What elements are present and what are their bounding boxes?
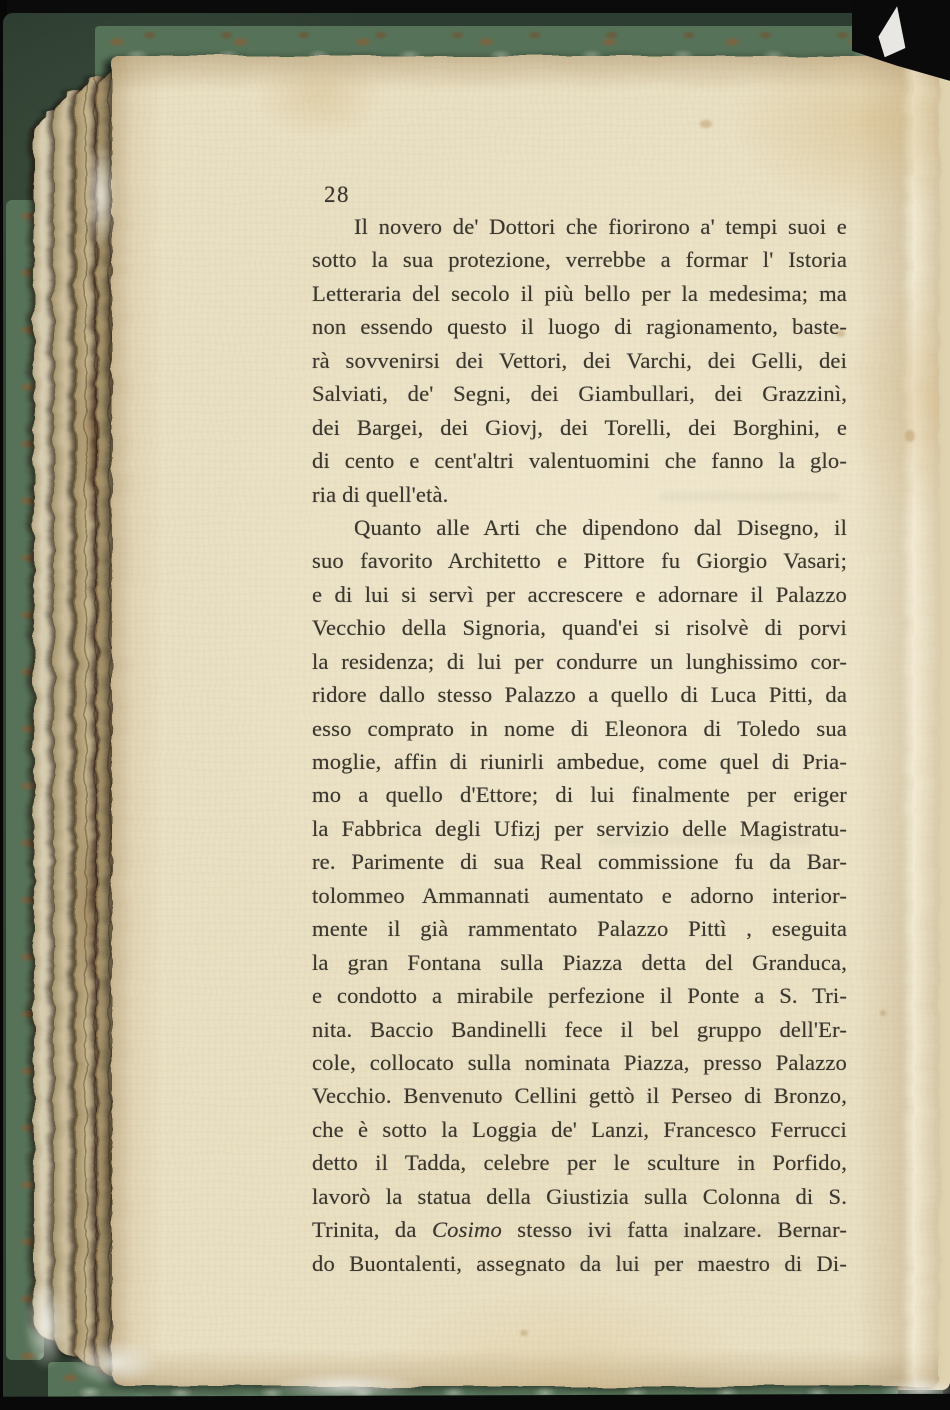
text-line: suo favorito Architetto e Pittore fu Gio… — [312, 544, 847, 577]
text-line: moglie, affin di riunirli ambedue, come … — [312, 745, 847, 778]
text-line: lavorò la statua della Giustizia sulla C… — [312, 1180, 847, 1213]
text-line: re. Parimente di sua Real commissione fu… — [312, 845, 847, 878]
text-line: di cento e cent'altri valentuomini che f… — [312, 444, 847, 477]
text-line: la residenza; di lui per condurre un lun… — [312, 645, 847, 678]
text-line: detto il Tadda, celebre per le sculture … — [312, 1146, 847, 1179]
text-line: sotto la sua protezione, verrebbe a form… — [312, 243, 847, 276]
text-line: la gran Fontana sulla Piazza detta del G… — [312, 946, 847, 979]
text-line: tolommeo Ammannati aumentato e adorno in… — [312, 879, 847, 912]
printed-text-layer: 28 Il novero de' Dottori che fiorirono a… — [0, 0, 950, 1410]
text-line: ria di quell'età. — [312, 478, 847, 511]
text-line: Il novero de' Dottori che fiorirono a' t… — [312, 210, 847, 243]
text-line: Letteraria del secolo il più bello per l… — [312, 277, 847, 310]
text-line: Salviati, de' Segni, dei Giambullari, de… — [312, 377, 847, 410]
text-line: nita. Baccio Bandinelli fece il bel grup… — [312, 1013, 847, 1046]
text-block: Il novero de' Dottori che fiorirono a' t… — [312, 210, 847, 1280]
text-line: Trinita, da Cosimo stesso ivi fatta inal… — [312, 1213, 847, 1246]
text-line: Quanto alle Arti che dipendono dal Diseg… — [312, 511, 847, 544]
text-line: mente il già rammentato Palazzo Pittì , … — [312, 912, 847, 945]
text-line: mo a quello d'Ettore; di lui finalmente … — [312, 778, 847, 811]
text-line: esso comprato in nome di Eleonora di Tol… — [312, 712, 847, 745]
page-number: 28 — [324, 182, 350, 208]
text-line: la Fabbrica degli Ufizj per servizio del… — [312, 812, 847, 845]
text-line: cole, collocato sulla nominata Piazza, p… — [312, 1046, 847, 1079]
text-line: e di lui si servì per accrescere e adorn… — [312, 578, 847, 611]
text-line: e condotto a mirabile perfezione il Pont… — [312, 979, 847, 1012]
text-line: dei Bargei, dei Giovj, dei Torelli, dei … — [312, 411, 847, 444]
book-scan: 28 Il novero de' Dottori che fiorirono a… — [0, 0, 950, 1410]
text-line: Vecchio della Signoria, quand'ei si riso… — [312, 611, 847, 644]
text-line: non essendo questo il luogo di ragioname… — [312, 310, 847, 343]
text-line: rà sovvenirsi dei Vettori, dei Varchi, d… — [312, 344, 847, 377]
text-line: ridore dallo stesso Palazzo a quello di … — [312, 678, 847, 711]
text-line: Vecchio. Benvenuto Cellini gettò il Pers… — [312, 1079, 847, 1112]
text-line: do Buontalenti, assegnato da lui per mae… — [312, 1247, 847, 1280]
text-line: che è sotto la Loggia de' Lanzi, Frances… — [312, 1113, 847, 1146]
